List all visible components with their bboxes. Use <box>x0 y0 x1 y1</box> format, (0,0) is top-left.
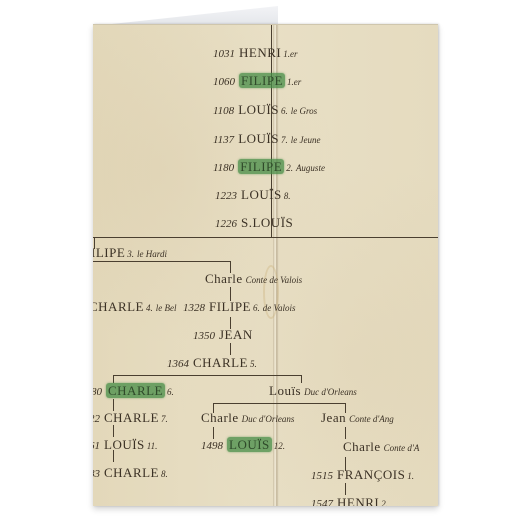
entry-henri-2: 1547HENRI2. <box>311 495 388 506</box>
green-highlight: FILIPE <box>239 73 285 88</box>
entry-charle-7: 22CHARLE7. <box>93 410 168 427</box>
entry-jean: 1350JEAN <box>193 327 253 344</box>
entry-charle-8: 83CHARLE8. <box>93 465 168 482</box>
lineage-charle-ang <box>345 427 346 439</box>
entry-louis-orleans: LouïsDuc d'Orleans <box>269 383 357 400</box>
lineage-henri2 <box>345 483 346 495</box>
entry-saint-louis: 1226S.LOUÏS <box>215 215 293 232</box>
entry-charle-6: 80CHARLE6. <box>93 383 174 400</box>
entry-louis-11: 61LOUÏS11. <box>93 437 157 454</box>
branch-line-louis-orleans <box>213 403 345 404</box>
card-fold-line <box>273 25 279 506</box>
card-back-flap <box>93 6 278 26</box>
branch-drop-charle6 <box>113 375 114 383</box>
entry-louis-7: 1137LOUÏS7.le Jeune <box>213 131 320 148</box>
lineage-valois-3 <box>230 343 231 355</box>
branch-drop-louis-orleans <box>301 375 302 383</box>
entry-jean-angouleme: JeanConte d'Ang <box>321 410 394 427</box>
branch-line-charle5 <box>113 375 301 376</box>
entry-filipe-6: 1328FILIPE6.de Valois <box>183 299 296 316</box>
entry-charle-orleans: CharleDuc d'Orleans <box>201 410 294 427</box>
green-highlight: CHARLE <box>106 383 165 398</box>
entry-charle-5: 1364CHARLE5. <box>167 355 257 372</box>
entry-louis-6: 1108LOUÏS6.le Gros <box>213 102 317 119</box>
entry-henri-1: 1031HENRI1.er <box>213 45 297 62</box>
entry-filipe-3: ILIPE3.le Hardi <box>93 245 167 262</box>
green-highlight: LOUÏS <box>227 437 272 452</box>
entry-louis-8: 1223LOUÏS8. <box>215 187 291 204</box>
entry-filipe-2: 1180FILIPE2.Auguste <box>213 159 325 176</box>
greeting-card: 1031HENRI1.er 1060FILIPE1.er 1108LOUÏS6.… <box>93 24 438 506</box>
entry-filipe-1: 1060FILIPE1.er <box>213 73 301 90</box>
entry-louis-12: 1498LOUÏS12. <box>201 437 285 454</box>
green-highlight: FILIPE <box>238 159 284 174</box>
branch-line-stlouis <box>93 237 438 238</box>
entry-charle-angouleme: CharleConte d'A <box>343 439 419 456</box>
entry-charle-4: CHARLE4.le Bel <box>93 299 177 316</box>
entry-charle-valois: CharleConte de Valois <box>205 271 302 288</box>
entry-francois-1: 1515FRANÇOIS1. <box>311 467 414 484</box>
